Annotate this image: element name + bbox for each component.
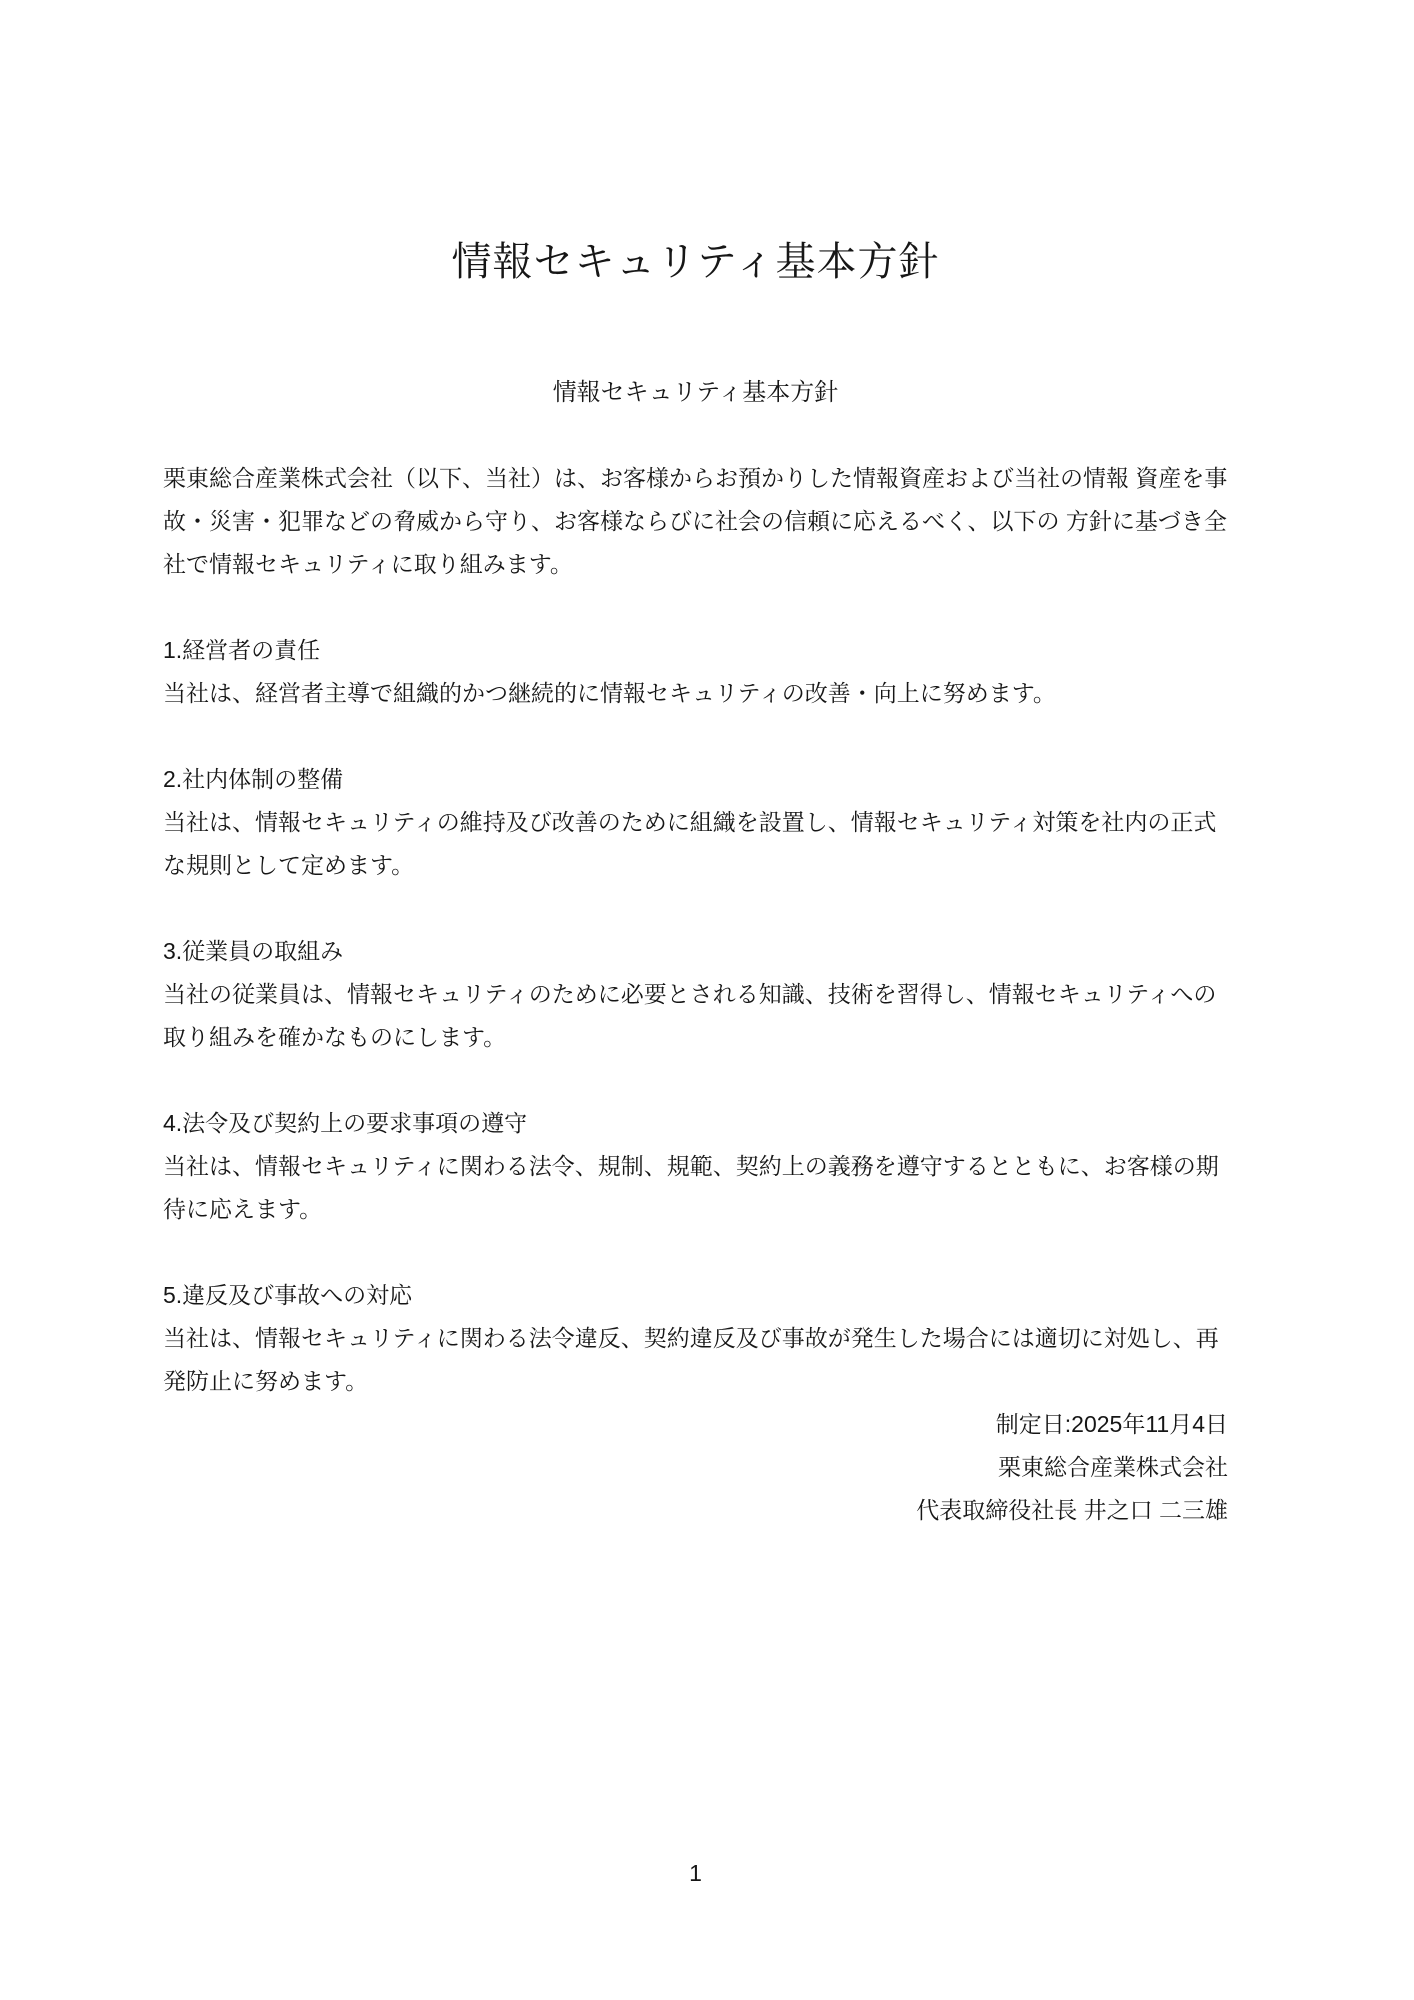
- document-subtitle: 情報セキュリティ基本方針: [163, 371, 1228, 414]
- policy-section: 2.社内体制の整備 当社は、情報セキュリティの維持及び改善のために組織を設置し、…: [163, 758, 1228, 887]
- section-heading: 4.法令及び契約上の要求事項の遵守: [163, 1102, 1228, 1145]
- section-body: 当社は、情報セキュリティに関わる法令、規制、規範、契約上の義務を遵守するとともに…: [163, 1145, 1228, 1231]
- company-name-line: 栗東総合産業株式会社: [163, 1446, 1228, 1489]
- section-body: 当社は、情報セキュリティに関わる法令違反、契約違反及び事故が発生した場合には適切…: [163, 1317, 1228, 1403]
- section-body: 当社は、経営者主導で組織的かつ継続的に情報セキュリティの改善・向上に努めます。: [163, 672, 1228, 715]
- section-heading: 1.経営者の責任: [163, 629, 1228, 672]
- policy-section: 3.従業員の取組み 当社の従業員は、情報セキュリティのために必要とされる知識、技…: [163, 930, 1228, 1059]
- intro-paragraph: 栗東総合産業株式会社（以下、当社）は、お客様からお預かりした情報資産および当社の…: [163, 457, 1228, 586]
- policy-section: 1.経営者の責任 当社は、経営者主導で組織的かつ継続的に情報セキュリティの改善・…: [163, 629, 1228, 715]
- policy-section: 5.違反及び事故への対応 当社は、情報セキュリティに関わる法令違反、契約違反及び…: [163, 1274, 1228, 1403]
- page-number: 1: [163, 1852, 1228, 1895]
- representative-line: 代表取締役社長 井之口 二三雄: [163, 1489, 1228, 1532]
- section-heading: 3.従業員の取組み: [163, 930, 1228, 973]
- policy-section: 4.法令及び契約上の要求事項の遵守 当社は、情報セキュリティに関わる法令、規制、…: [163, 1102, 1228, 1231]
- document-page: 情報セキュリティ基本方針 情報セキュリティ基本方針 栗東総合産業株式会社（以下、…: [0, 0, 1414, 2000]
- signature-block: 制定日:2025年11月4日 栗東総合産業株式会社 代表取締役社長 井之口 二三…: [163, 1403, 1228, 1532]
- section-body: 当社の従業員は、情報セキュリティのために必要とされる知識、技術を習得し、情報セキ…: [163, 973, 1228, 1059]
- document-content: 情報セキュリティ基本方針 情報セキュリティ基本方針 栗東総合産業株式会社（以下、…: [163, 0, 1228, 1532]
- section-heading: 2.社内体制の整備: [163, 758, 1228, 801]
- enactment-date-line: 制定日:2025年11月4日: [163, 1403, 1228, 1446]
- document-title: 情報セキュリティ基本方針: [163, 235, 1228, 289]
- section-heading: 5.違反及び事故への対応: [163, 1274, 1228, 1317]
- section-body: 当社は、情報セキュリティの維持及び改善のために組織を設置し、情報セキュリティ対策…: [163, 801, 1228, 887]
